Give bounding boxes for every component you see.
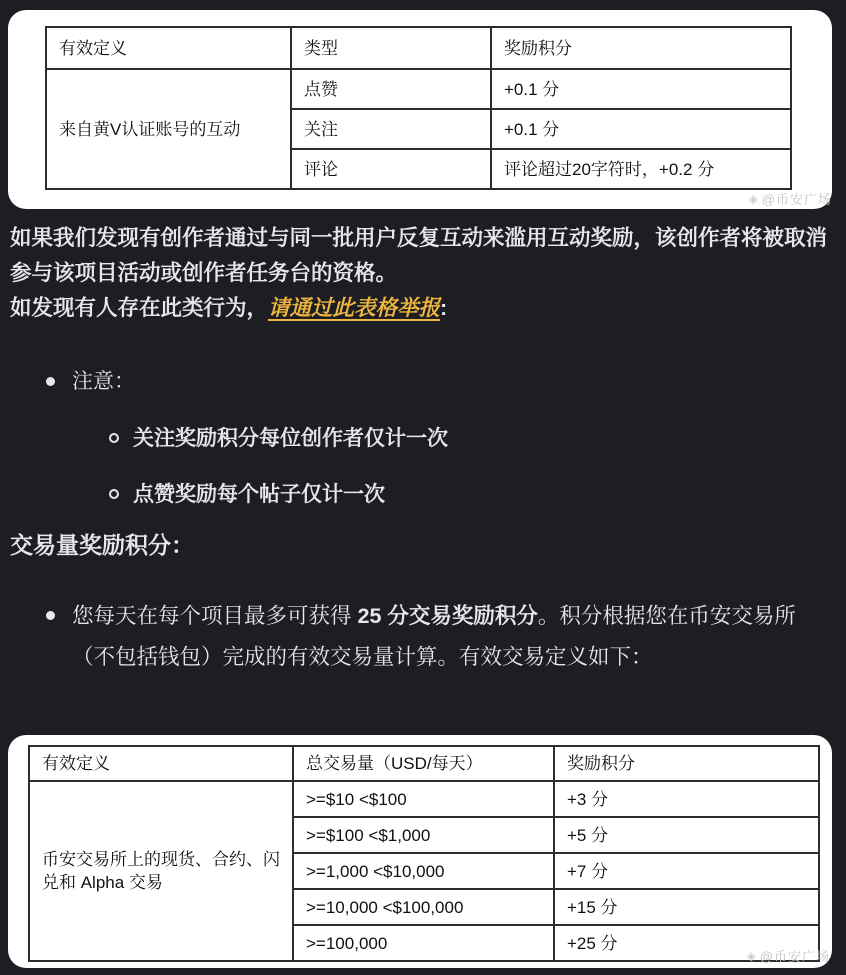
table-cell-points: +0.1 分: [491, 109, 791, 149]
table-cell-type: 关注: [291, 109, 491, 149]
binance-square-watermark: ◈ @币安广场: [747, 946, 830, 965]
volume-rewards-panel: 有效定义 总交易量（USD/每天） 奖励积分 币安交易所上的现货、合约、闪兑和 …: [8, 735, 832, 968]
report-paragraph-prefix: 如发现有人存在此类行为，: [10, 296, 268, 320]
table-header-definition: 有效定义: [46, 27, 291, 69]
circle-bullet-icon: [109, 433, 119, 443]
table-header-type: 类型: [291, 27, 491, 69]
table-cell-points: +7 分: [554, 853, 819, 889]
bullet-icon: [46, 611, 55, 620]
watermark-text: @币安广场: [760, 946, 830, 965]
circle-bullet-icon: [109, 489, 119, 499]
table-cell-volume: >=10,000 <$100,000: [293, 889, 554, 925]
note-label: 注意：: [72, 365, 135, 395]
table-header-points: 奖励积分: [491, 27, 791, 69]
binance-square-logo-icon: ◈: [749, 192, 759, 206]
table-cell-type: 评论: [291, 149, 491, 189]
table-cell-definition: 币安交易所上的现货、合约、闪兑和 Alpha 交易: [29, 781, 293, 961]
table-cell-points: +0.1 分: [491, 69, 791, 109]
table-cell-volume: >=$10 <$100: [293, 781, 554, 817]
table-header-points: 奖励积分: [554, 746, 819, 781]
section-heading-volume-points: 交易量奖励积分：: [10, 527, 194, 560]
note-item-follow: 关注奖励积分每位创作者仅计一次: [133, 422, 448, 452]
report-paragraph-suffix: :: [440, 296, 447, 320]
interaction-rewards-table: 有效定义 类型 奖励积分 来自黄V认证账号的互动 点赞 +0.1 分 关注 +0…: [45, 26, 792, 190]
table-cell-points: +5 分: [554, 817, 819, 853]
table-cell-type: 点赞: [291, 69, 491, 109]
watermark-text: @币安广场: [762, 189, 832, 208]
table-header-volume: 总交易量（USD/每天）: [293, 746, 554, 781]
binance-square-logo-icon: ◈: [747, 949, 757, 963]
table-cell-points: 评论超过20字符时，+0.2 分: [491, 149, 791, 189]
table-header-definition: 有效定义: [29, 746, 293, 781]
volume-paragraph-bold: 25 分交易奖励积分: [357, 604, 537, 628]
bullet-icon: [46, 377, 55, 386]
table-cell-points: +15 分: [554, 889, 819, 925]
report-form-link[interactable]: 请通过此表格举报: [268, 296, 440, 320]
table-cell-volume: >=1,000 <$10,000: [293, 853, 554, 889]
note-item-like: 点赞奖励每个帖子仅计一次: [133, 478, 385, 508]
binance-square-watermark: ◈ @币安广场: [749, 189, 832, 208]
volume-paragraph-prefix: 您每天在每个项目最多可获得: [72, 604, 357, 628]
table-cell-definition: 来自黄V认证账号的互动: [46, 69, 291, 189]
table-cell-volume: >=$100 <$1,000: [293, 817, 554, 853]
interaction-rewards-panel: 有效定义 类型 奖励积分 来自黄V认证账号的互动 点赞 +0.1 分 关注 +0…: [8, 10, 832, 209]
table-cell-points: +3 分: [554, 781, 819, 817]
report-paragraph: 如发现有人存在此类行为，请通过此表格举报:: [10, 291, 838, 326]
abuse-policy-paragraph: 如果我们发现有创作者通过与同一批用户反复互动来滥用互动奖励，该创作者将被取消参与…: [10, 221, 838, 291]
volume-rewards-table: 有效定义 总交易量（USD/每天） 奖励积分 币安交易所上的现货、合约、闪兑和 …: [28, 745, 820, 962]
volume-points-paragraph: 您每天在每个项目最多可获得 25 分交易奖励积分。积分根据您在币安交易所（不包括…: [72, 596, 834, 678]
table-cell-volume: >=100,000: [293, 925, 554, 961]
